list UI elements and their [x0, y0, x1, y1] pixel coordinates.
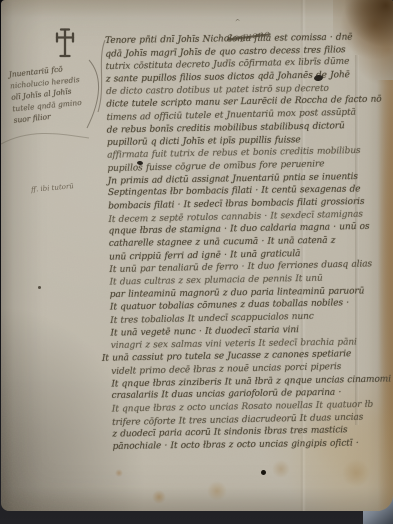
ink-dot [261, 470, 266, 475]
faint-crease-line [1, 124, 91, 150]
main-text-block: Tenore pñti dnī Johīs Nicholonia filia e… [105, 30, 393, 463]
margin-note-tutor: ff. ibi tutorū [31, 182, 74, 194]
manuscript-page: ^ Seguono Jnuentariū fcōnicholucio hered… [1, 0, 393, 511]
caret-mark: ^ [235, 15, 275, 26]
ink-speck [38, 286, 41, 289]
margin-note-inventory: Jnuentariū fcōnicholucio heredisolī Johī… [8, 59, 107, 126]
photo-background: ^ Seguono Jnuentariū fcōnicholucio hered… [0, 0, 393, 524]
text-line: pānochiale · It octo łbras z octo uncias… [112, 437, 393, 454]
cross-icon [54, 27, 76, 59]
